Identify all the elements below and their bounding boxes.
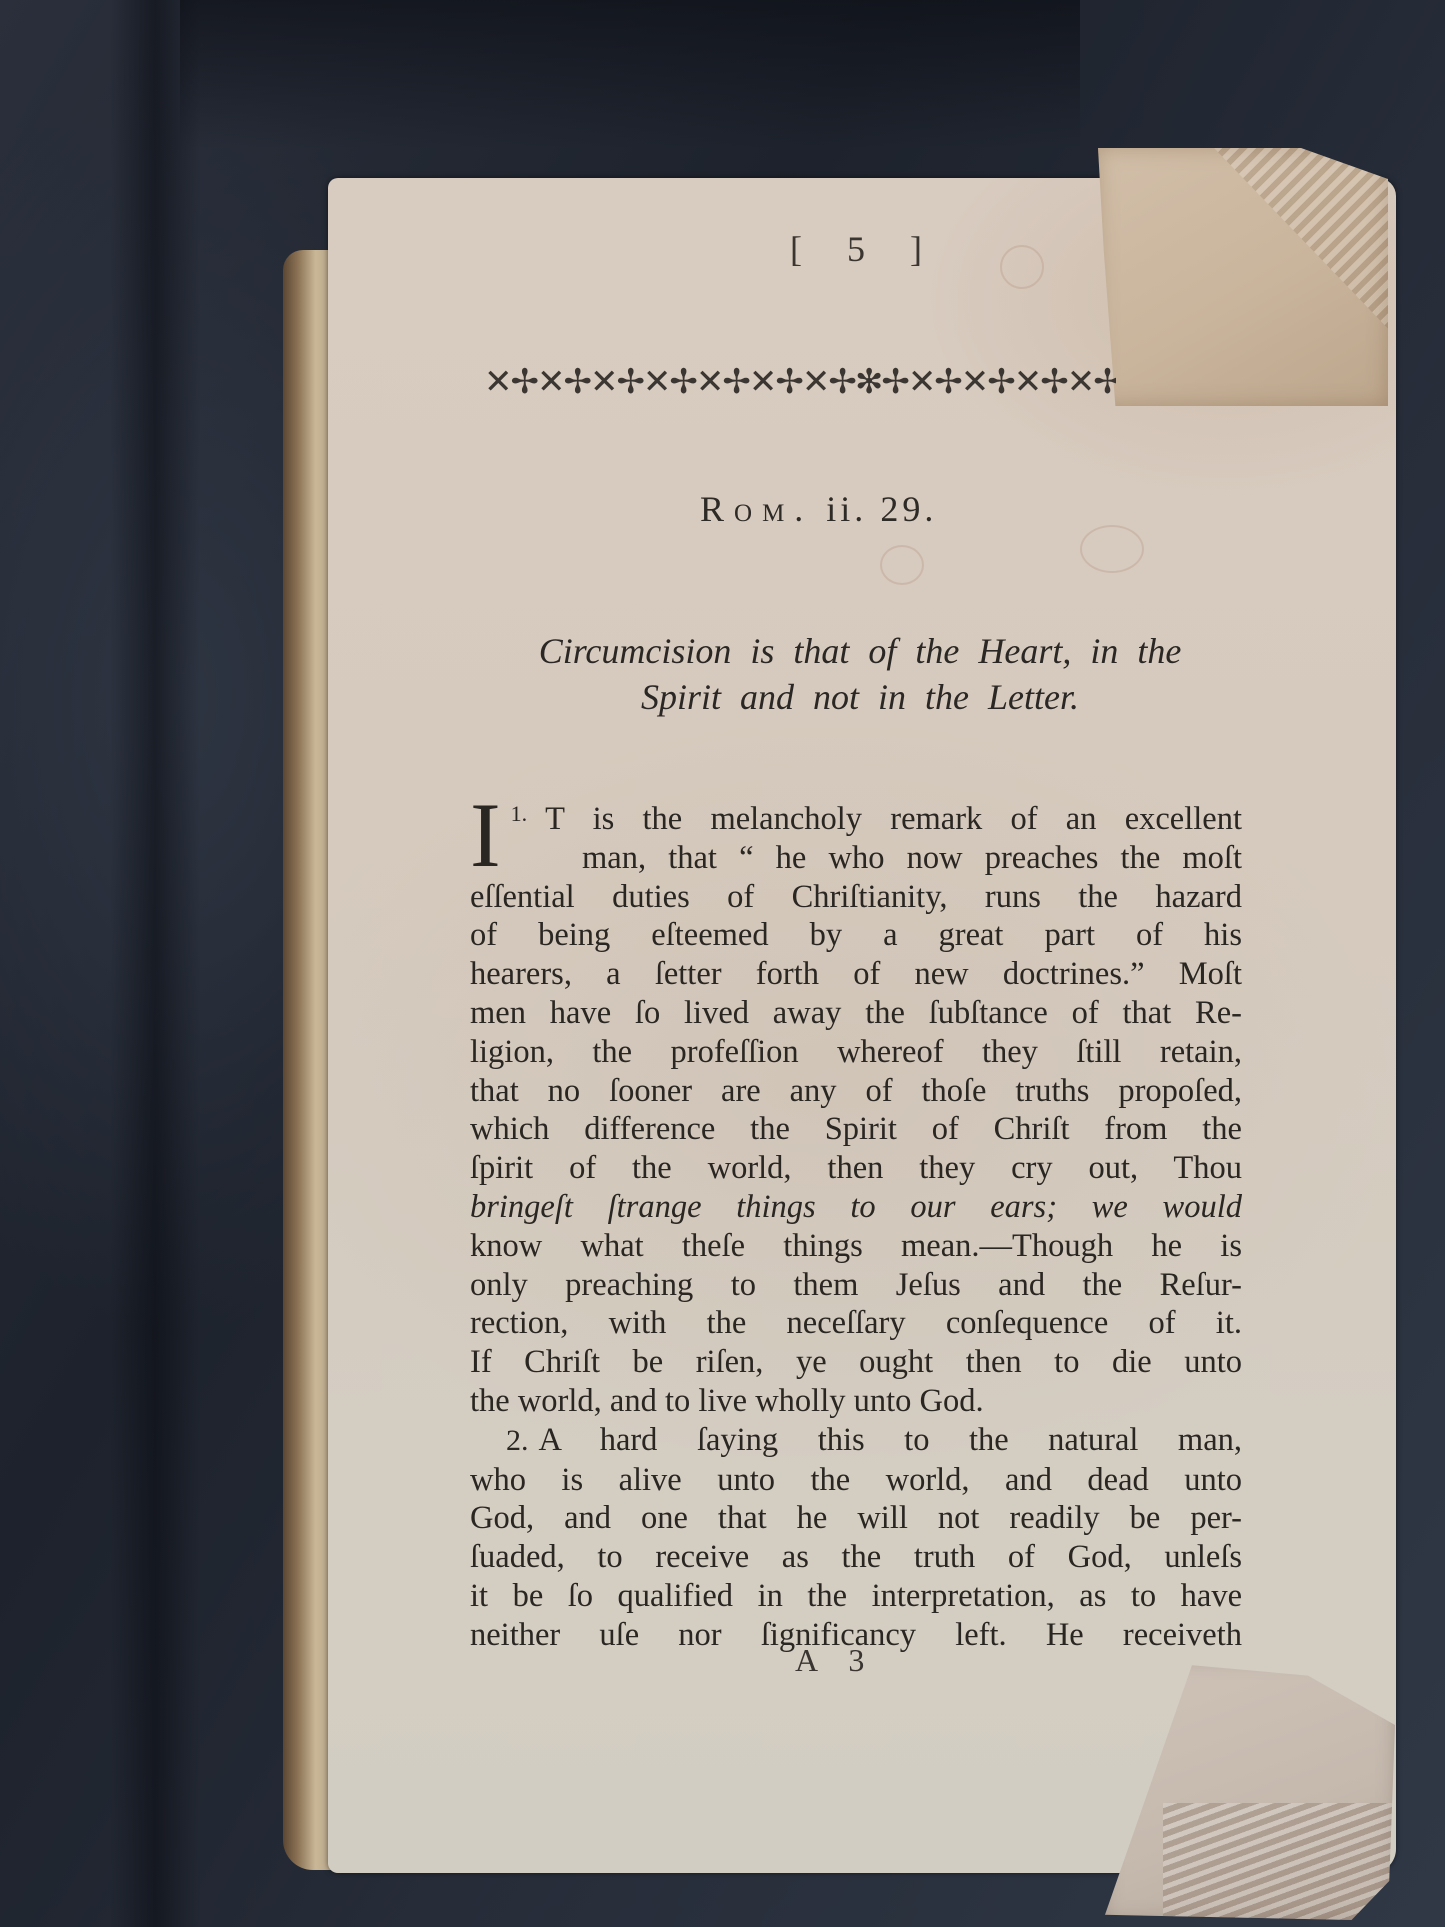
book-spine-edge [283,250,333,1870]
text-line: ligion, the profeſſion whereof they ſtil… [470,1033,1242,1072]
heading-book: Rom. [700,489,813,529]
line-text: T is the melancholy remark of an excelle… [545,801,1242,837]
signature-mark: A 3 [795,1642,895,1679]
cloth-fold-shadow [110,0,200,1927]
text-line: the world, and to live wholly unto God. [470,1382,1242,1421]
body-text: 1.IT is the melancholy remark of an exce… [470,795,1242,1655]
text-line: eſſential duties of Chriſtianity, runs t… [470,878,1242,917]
foxing-stain [1080,525,1144,573]
subtitle-line: Circumcision is that of the Heart, in th… [470,628,1250,674]
text-line: ſuaded, to receive as the truth of God, … [470,1538,1242,1577]
subtitle-line: Spirit and not in the Letter. [470,674,1250,720]
text-line: hearers, a ſetter forth of new doctrines… [470,955,1242,994]
text-line: only preaching to them Jeſus and the Reſ… [470,1266,1242,1305]
foxing-stain [1000,245,1044,289]
text-line: of being eſteemed by a great part of his [470,916,1242,955]
paragraph-number: 1. [511,801,528,826]
foxing-stain [880,545,924,585]
text-line: bringeſt ſtrange things to our ears; we … [470,1188,1242,1227]
paragraph-1: 1.IT is the melancholy remark of an exce… [470,795,1242,1421]
text-line: rection, with the neceſſary conſequence … [470,1304,1242,1343]
text-line: who is alive unto the world, and dead un… [470,1461,1242,1500]
text-line: If Chriſt be riſen, ye ought then to die… [470,1343,1242,1382]
text-line: which difference the Spirit of Chriſt fr… [470,1110,1242,1149]
cloth-shadow [180,0,1080,150]
page-number: [ 5 ] [790,228,940,270]
paragraph-number: 2. [506,1424,529,1457]
text-line: know what theſe things mean.—Though he i… [470,1227,1242,1266]
text-line: men have ſo lived away the ſubſtance of … [470,994,1242,1033]
ornament-glyphs: ✕✢✕✢✕✢✕✢✕✢✕✢✕✢✻✢✕✢✕✢✕✢✕✢✕ [484,362,1116,402]
scripture-reference-heading: Rom. ii. 29. [700,488,1020,530]
heading-chapter: ii. [826,489,867,529]
text-line: that no ſooner are any of thoſe truths p… [470,1072,1242,1111]
text-line: man, that “ he who now preaches the moſt [470,839,1242,878]
text-line: ſpirit of the world, then they cry out, … [470,1149,1242,1188]
text-line: 1.IT is the melancholy remark of an exce… [470,795,1242,839]
text-line: it be ſo qualified in the interpretation… [470,1577,1242,1616]
printer-ornament-band: ✕✢✕✢✕✢✕✢✕✢✕✢✕✢✻✢✕✢✕✢✕✢✕✢✕ [484,355,1116,409]
sermon-subtitle: Circumcision is that of the Heart, in th… [470,628,1250,720]
folded-corner-top-right [1098,148,1388,406]
drop-cap: I [470,799,501,871]
line-text: A hard ſaying this to the natural man, [539,1422,1243,1458]
paragraph-2: 2.A hard ſaying this to the natural man,… [470,1421,1242,1655]
heading-verse: 29. [880,489,937,529]
text-line: God, and one that he will not readily be… [470,1499,1242,1538]
text-line: 2.A hard ſaying this to the natural man, [470,1421,1242,1461]
